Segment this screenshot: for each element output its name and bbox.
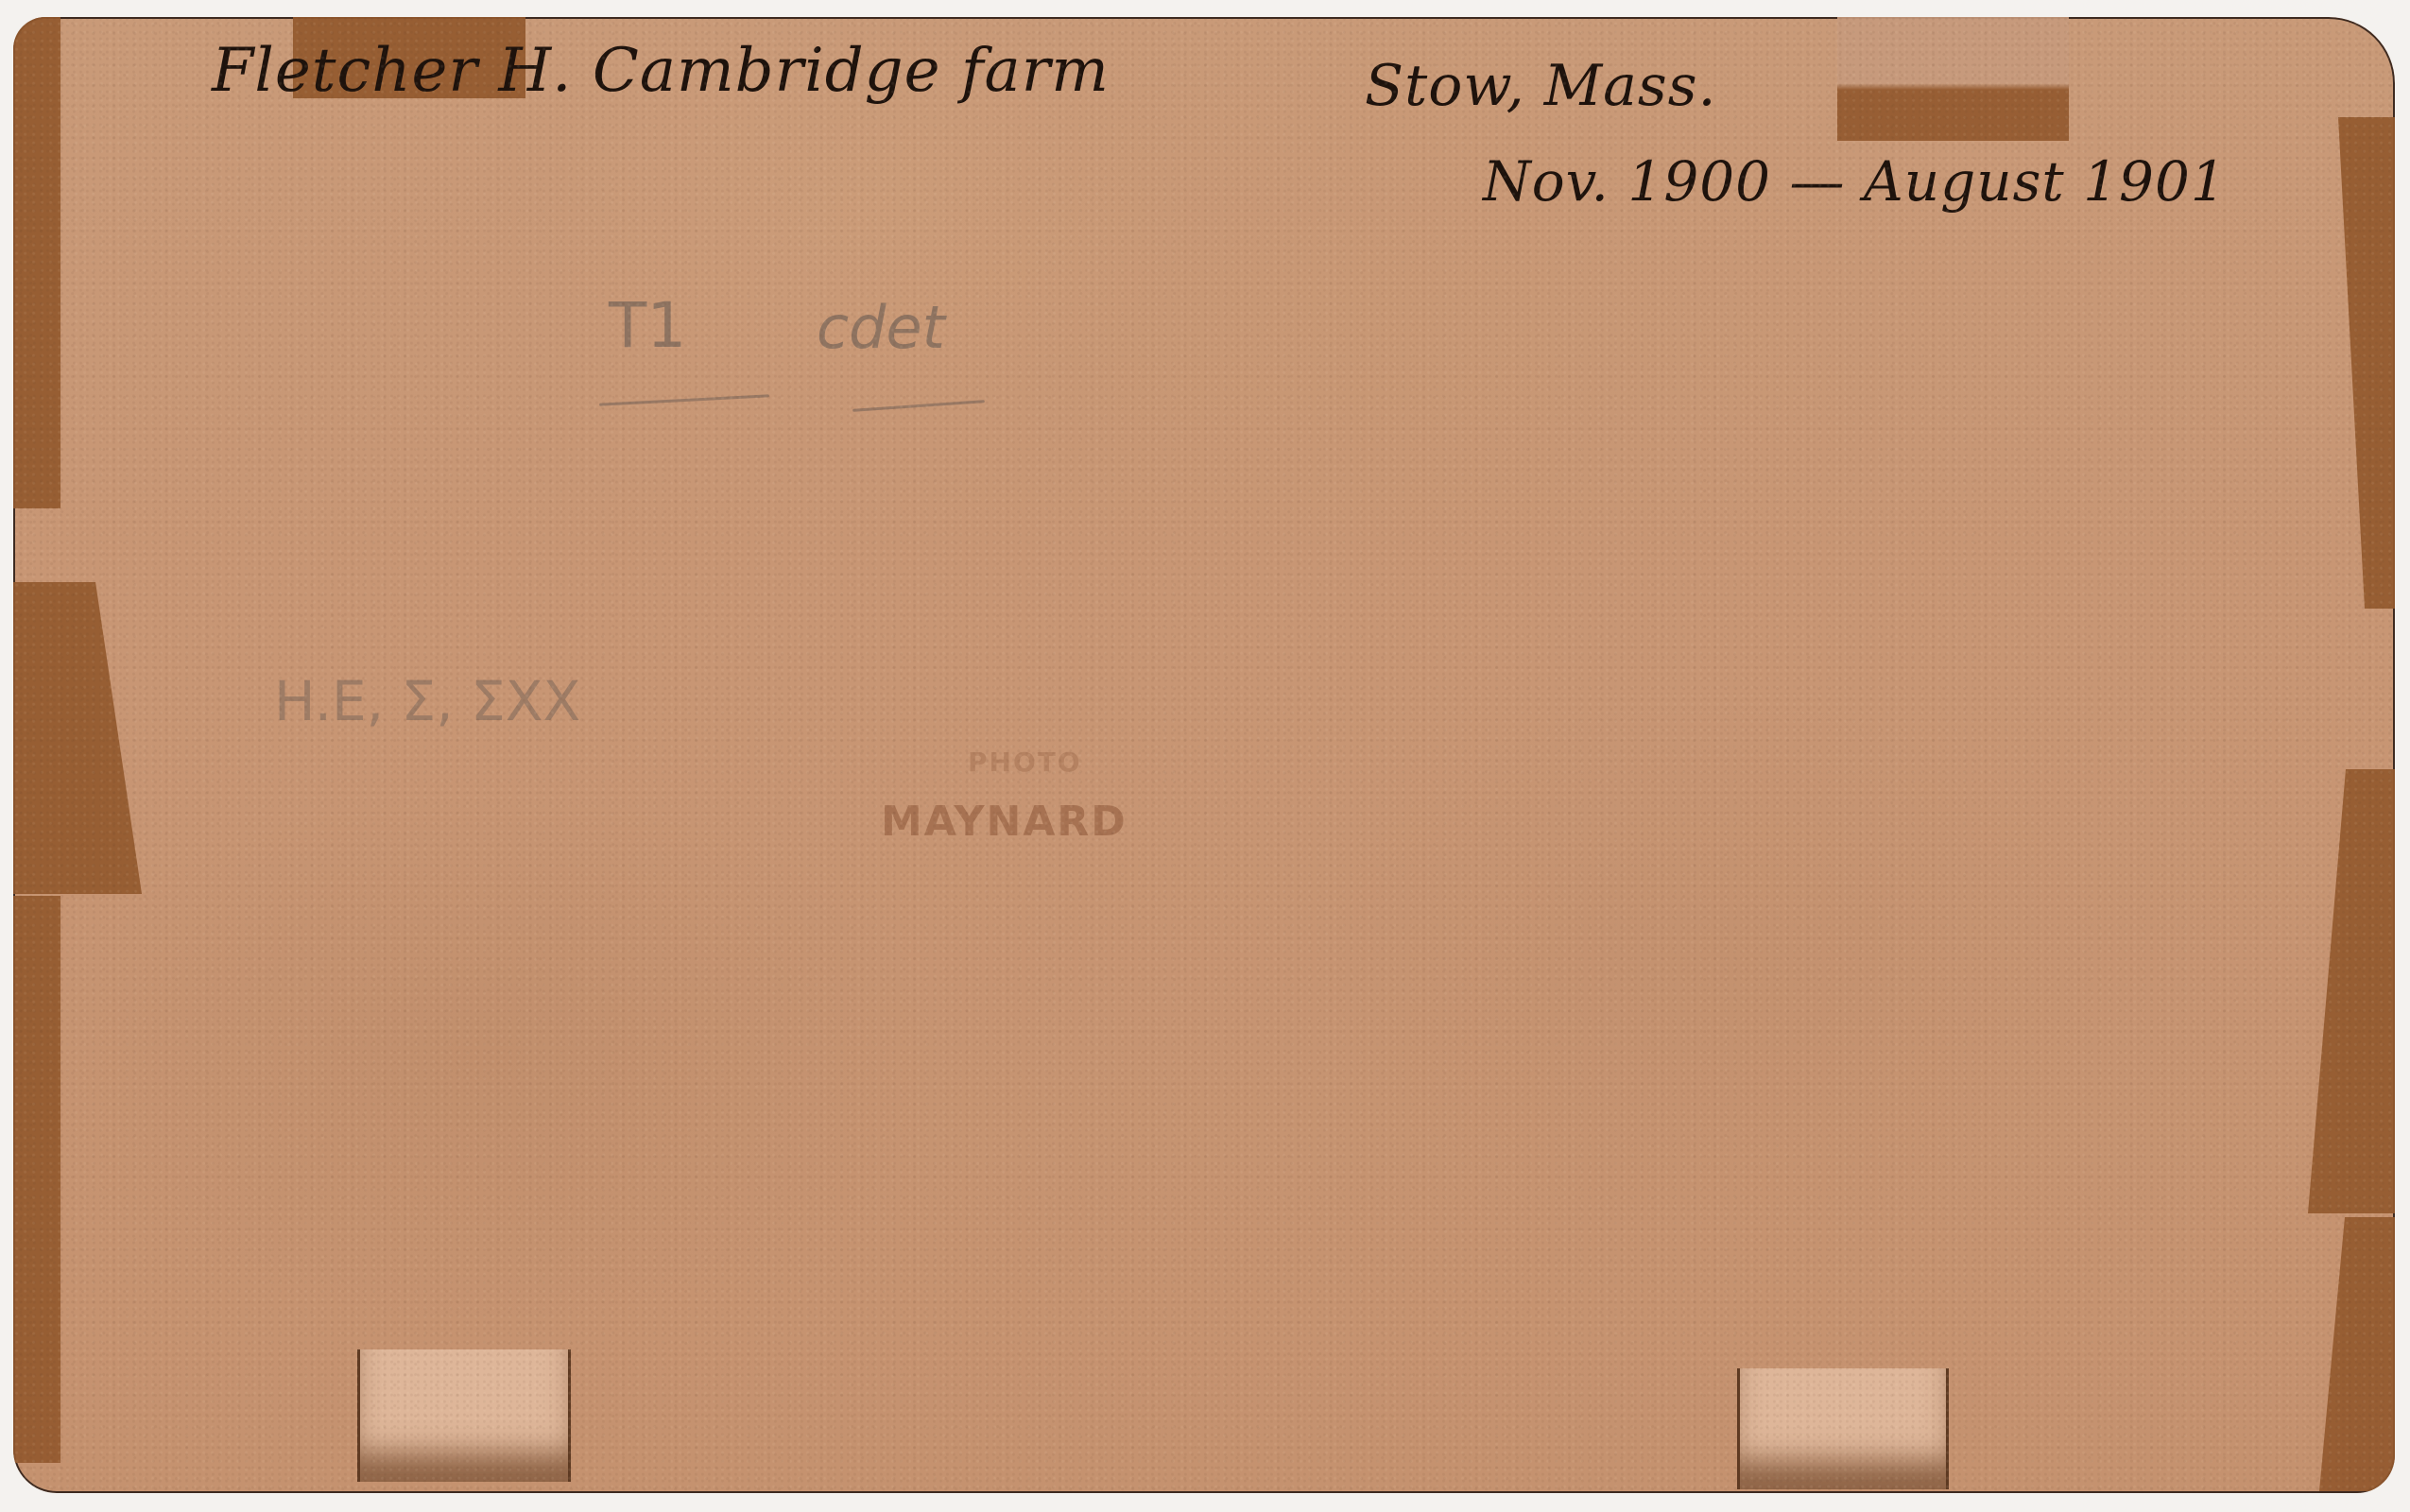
inscription-date-range: Nov. 1900 — August 1901 (1483, 149, 2227, 214)
pencil-note-word: cdet (817, 293, 945, 362)
adhesive-strip-left-middle (13, 582, 142, 894)
photographer-stamp-town: MAYNARD (881, 798, 1128, 846)
pencil-underline-1 (599, 394, 769, 405)
pencil-note-symbols: H.E, Σ, ΣXX (274, 669, 580, 733)
adhesive-strip-left-lower (13, 896, 60, 1463)
inscription-location: Stow, Mass. (1365, 53, 1717, 119)
photographer-stamp-top: PHOTO (968, 747, 1082, 778)
pencil-note-code: T1 (609, 289, 686, 362)
adhesive-tab-top-right (1837, 17, 2069, 141)
inscription-farm-name: Fletcher H. Cambridge farm (212, 36, 1110, 106)
paper-residue-tab-bottom-right (1737, 1368, 1949, 1489)
card-back: Fletcher H. Cambridge farm Stow, Mass. N… (13, 17, 2395, 1493)
adhesive-strip-right-lower (2308, 769, 2395, 1213)
adhesive-strip-right-upper (2338, 117, 2395, 609)
pencil-underline-2 (852, 400, 985, 412)
paper-residue-tab-bottom-left (357, 1349, 571, 1482)
adhesive-strip-right-bottom (2319, 1217, 2395, 1491)
adhesive-strip-left-upper (13, 17, 60, 508)
